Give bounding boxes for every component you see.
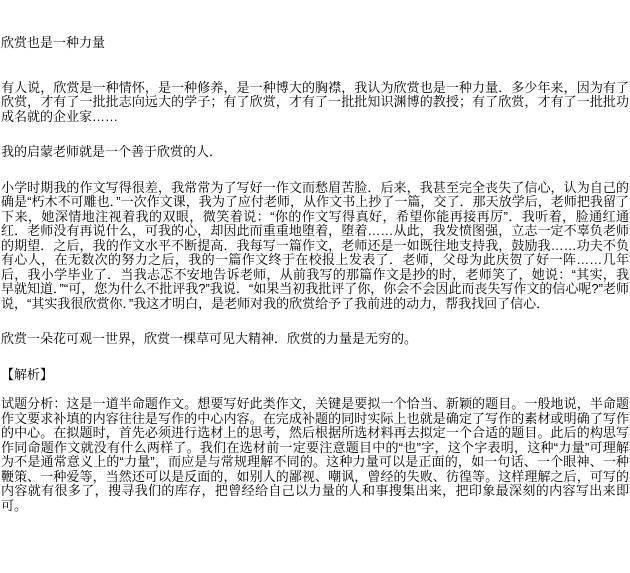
essay-paragraph: 我的启蒙老师就是一个善于欣赏的人． (1, 145, 629, 160)
essay-paragraph: 有人说，欣赏是一种情怀，是一种修养，是一种博大的胸襟，我认为欣赏也是一种力量．多… (1, 81, 629, 125)
essay-title: 欣赏也是一种力量 (1, 36, 629, 51)
analysis-body-text: 试题分析：这是一道半命题作文。想要写好此类作文，关键是要拟一个恰当、新颖的题目。… (1, 397, 629, 513)
analysis-section-header: 【解析】 (1, 368, 629, 383)
document-page: 欣赏也是一种力量 有人说，欣赏是一种情怀，是一种修养，是一种博大的胸襟，我认为欣… (0, 0, 630, 573)
essay-paragraph: 小学时期我的作文写得很差，我常常为了写好一作文而愁眉苦脸．后来，我甚至完全丧失了… (1, 181, 629, 312)
essay-paragraph: 欣赏一朵花可观一世界，欣赏一棵草可见大精神．欣赏的力量是无穷的。 (1, 332, 629, 347)
